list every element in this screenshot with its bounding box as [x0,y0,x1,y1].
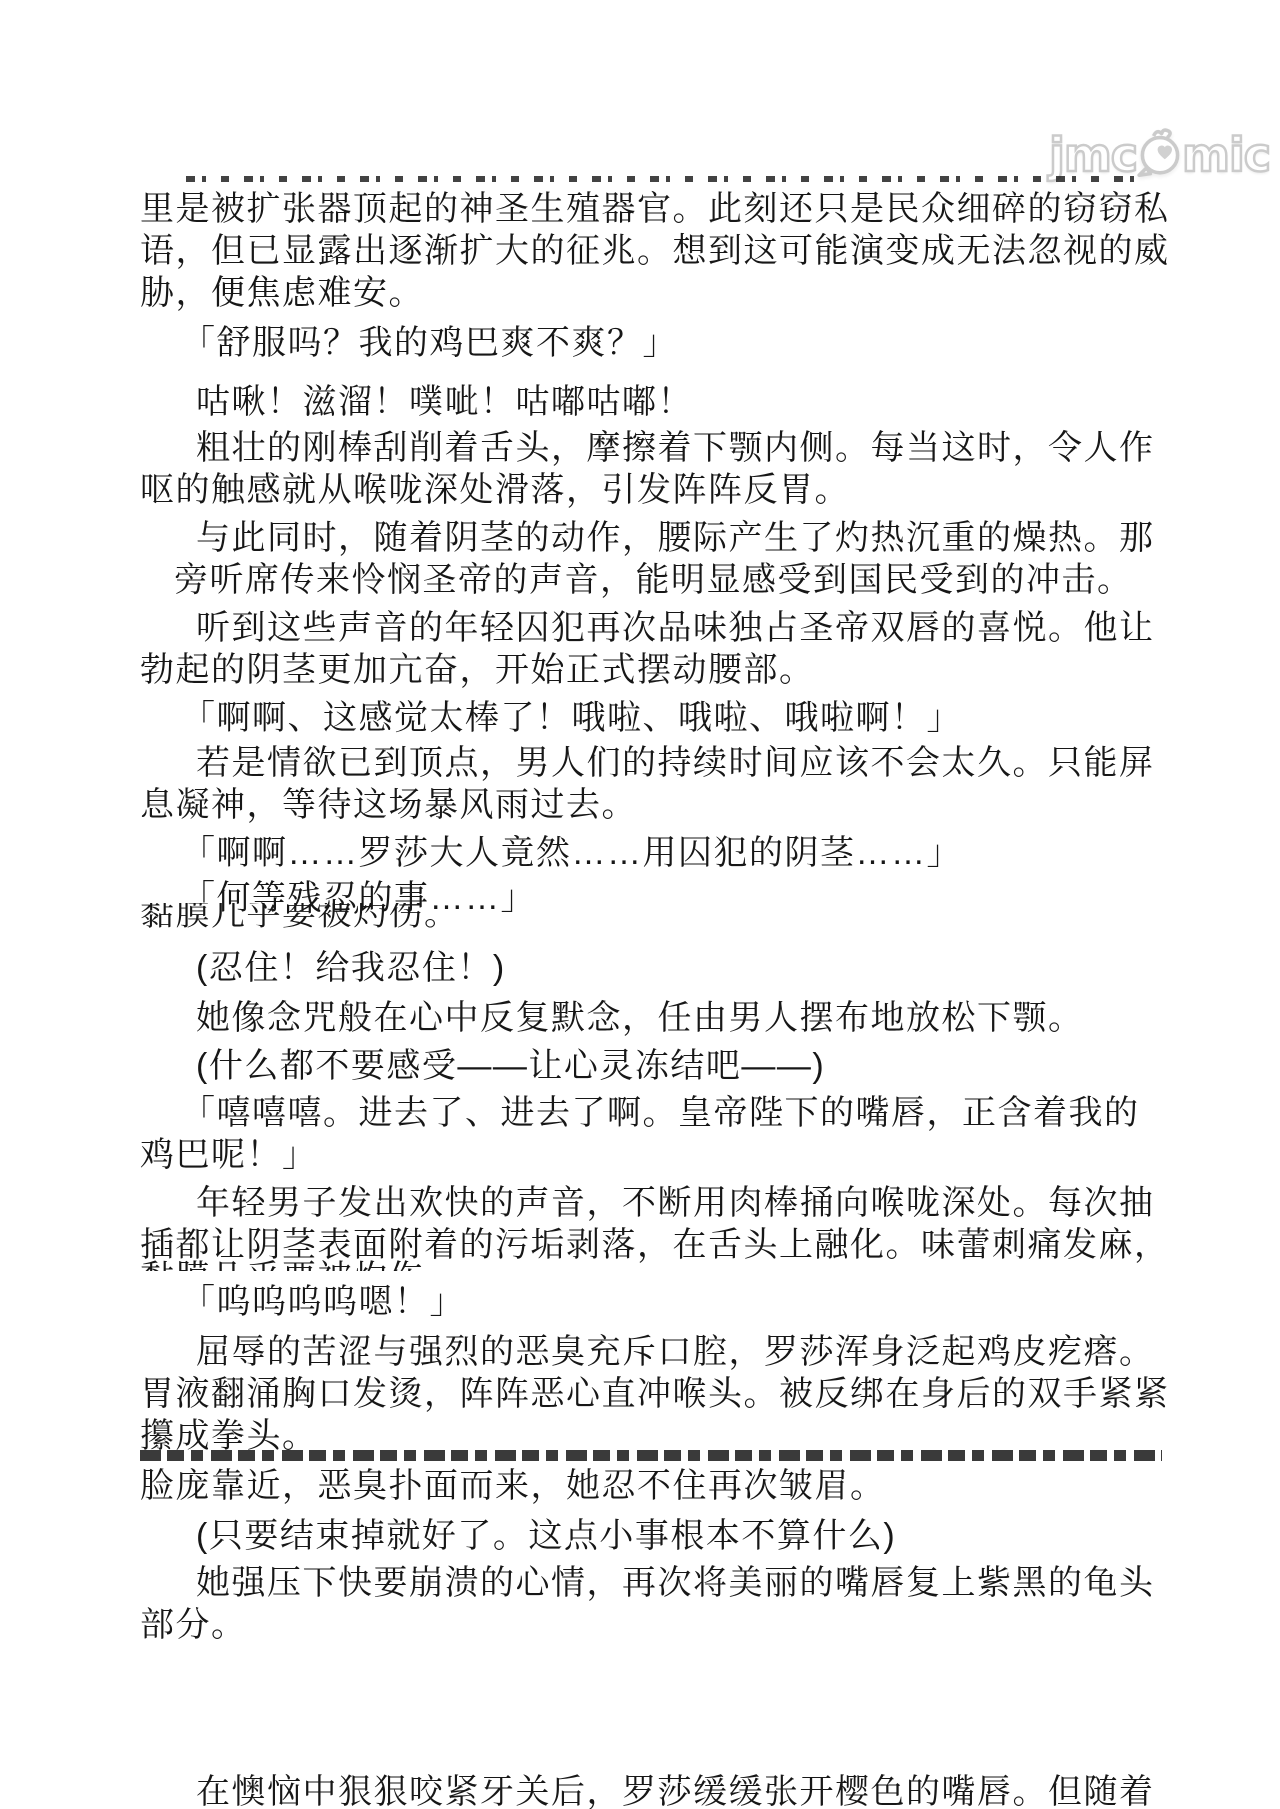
clipped-line-artifact [140,1450,1162,1461]
text-line: 她像念咒般在心中反复默念，任由男人摆布地放松下颚。 [196,998,1084,1038]
text-line: (忍住！给我忍住！) [196,948,506,988]
text-line: (只要结束掉就好了。这点小事根本不算什么) [196,1516,896,1556]
text-line: 「啊啊、这感觉太棒了！哦啦、哦啦、哦啦啊！」 [181,698,962,738]
text-line: 脸庞靠近，恶臭扑面而来，她忍不住再次皱眉。 [140,1466,886,1506]
text-line: 「啊啊……罗莎大人竟然……用囚犯的阴茎……」 [181,833,962,873]
text-line: 勃起的阴茎更加亢奋，开始正式摆动腰部。 [140,650,815,690]
text-line: 呕的触感就从喉咙深处滑落，引发阵阵反胃。 [140,470,850,510]
text-line: 鸡巴呢！」 [140,1135,318,1175]
text-line: 部分。 [140,1605,247,1645]
text-line: 她强压下快要崩溃的心情，再次将美丽的嘴唇复上紫黑的龟头 [196,1563,1155,1603]
text-line: 「舒服吗？我的鸡巴爽不爽？」 [181,323,678,363]
text-line: 在懊恼中狠狠咬紧牙关后，罗莎缓缓张开樱色的嘴唇。但随着 [196,1772,1155,1809]
text-line: 「呜呜呜呜嗯！」 [181,1282,465,1322]
text-line: 屈辱的苦涩与强烈的恶臭充斥口腔，罗莎浑身泛起鸡皮疙瘩。 [196,1332,1155,1372]
page-background: { "watermark": { "left": "jmc", "right":… [0,0,1280,1809]
text-line: 若是情欲已到顶点，男人们的持续时间应该不会太久。只能屏 [196,743,1155,783]
text-layer: 里是被扩张器顶起的神圣生殖器官。此刻还只是民众细碎的窃窃私语，但已显露出逐渐扩大… [0,0,1280,1809]
text-line: 与此同时，随着阴茎的动作，腰际产生了灼热沉重的燥热。那 [196,518,1155,558]
text-line: 咕啾！滋溜！噗呲！咕嘟咕嘟！ [196,382,693,422]
text-line: 胁，便焦虑难安。 [140,273,424,313]
text-line-content: 黏膜几乎要被灼伤。 [140,1258,460,1271]
text-line: 黏膜几乎要被灼伤。 [140,903,460,932]
text-line: 语，但已显露出逐渐扩大的征兆。想到这可能演变成无法忽视的威 [140,231,1170,271]
text-line: 粗壮的刚棒刮削着舌头，摩擦着下颚内侧。每当这时，令人作 [196,428,1155,468]
text-line: (什么都不要感受——让心灵冻结吧——) [196,1046,825,1086]
text-line: 旁听席传来怜悯圣帝的声音，能明显感受到国民受到的冲击。 [174,560,1133,600]
text-line: 听到这些声音的年轻囚犯再次品味独占圣帝双唇的喜悦。他让 [196,608,1155,648]
text-line: 里是被扩张器顶起的神圣生殖器官。此刻还只是民众细碎的窃窃私 [140,189,1170,229]
text-line: 黏膜几乎要被灼伤。 [140,1258,460,1271]
text-line: 息凝神，等待这场暴风雨过去。 [140,785,637,825]
text-line: 「嘻嘻嘻。进去了、进去了啊。皇帝陛下的嘴唇，正含着我的 [181,1093,1140,1133]
text-line: 胃液翻涌胸口发烫，阵阵恶心直冲喉头。被反绑在身后的双手紧紧 [140,1374,1170,1414]
clipped-line-artifact [186,176,1148,182]
text-line: 年轻男子发出欢快的声音，不断用肉棒捅向喉咙深处。每次抽 [196,1183,1155,1223]
text-line-content: 黏膜几乎要被灼伤。 [140,903,460,932]
